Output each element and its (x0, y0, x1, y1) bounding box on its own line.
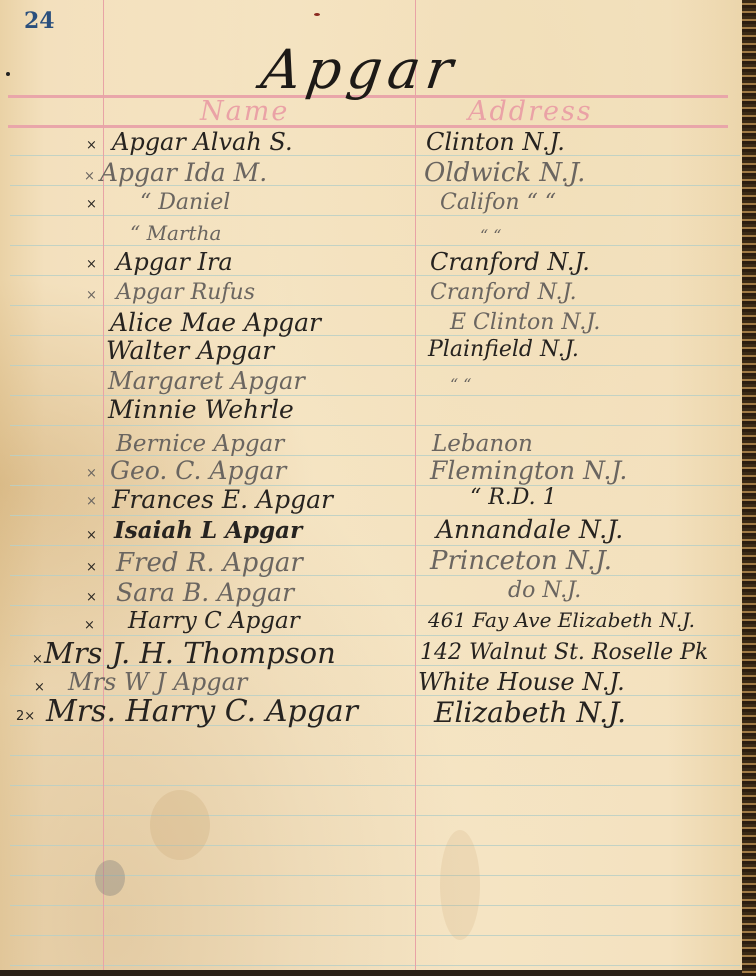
entry-address: Lebanon (432, 431, 533, 457)
entry-address: Cranford N.J. (430, 280, 577, 305)
ruled-line (10, 515, 740, 516)
ruled-line (10, 965, 740, 966)
ruled-line (10, 905, 740, 906)
entry-address: Annandale N.J. (436, 515, 623, 544)
entry-mark: × (86, 528, 97, 543)
ruled-line (10, 845, 740, 846)
ruled-line (10, 305, 740, 306)
entry-address: Clinton N.J. (426, 128, 565, 156)
entry-mark: × (86, 197, 97, 212)
entry-name: Minnie Wehrle (108, 395, 294, 424)
entry-address: “ R.D. 1 (470, 485, 557, 510)
entry-address: Oldwick N.J. (424, 158, 585, 188)
entry-name: “ Daniel (140, 190, 230, 215)
entry-address: “ “ (450, 375, 471, 394)
entry-name: Bernice Apgar (116, 431, 284, 457)
entry-address: Elizabeth N.J. (434, 696, 626, 729)
entry-address: do N.J. (508, 578, 581, 603)
ink-dot (6, 72, 10, 76)
water-stain (440, 830, 480, 940)
entry-name: Harry C Apgar (128, 608, 300, 634)
ink-blot (95, 860, 125, 896)
entry-address: Flemington N.J. (430, 456, 627, 485)
ruled-line (10, 935, 740, 936)
entry-name: Geo. C. Apgar (110, 456, 286, 485)
entry-mark: × (86, 494, 97, 509)
ink-mark (314, 13, 320, 16)
entry-mark: × (34, 680, 45, 695)
ledger-page: 24 Apgar Name Address × Apgar Alvah S. C… (0, 0, 742, 970)
entry-mark: × (86, 257, 97, 272)
ruled-line (10, 365, 740, 366)
entry-name: Apgar Ira (116, 248, 233, 276)
entry-mark: × (86, 138, 97, 153)
entry-address: Cranford N.J. (430, 248, 590, 276)
entry-name: Alice Mae Apgar (110, 308, 321, 337)
entry-mark: × (86, 466, 97, 481)
ruled-line (10, 245, 740, 246)
column-divider-line (415, 0, 416, 970)
address-column-header: Address (468, 96, 593, 127)
ruled-line (10, 215, 740, 216)
entry-name: Walter Apgar (106, 336, 274, 365)
ruled-line (10, 545, 740, 546)
entry-address: 461 Fay Ave Elizabeth N.J. (428, 608, 695, 632)
ruled-line (10, 755, 740, 756)
entry-address: “ “ (480, 226, 501, 245)
entry-name: Isaiah L Apgar (114, 517, 302, 544)
name-column-header: Name (200, 96, 289, 127)
entry-name: Mrs J. H. Thompson (44, 636, 336, 670)
entry-name: Margaret Apgar (108, 367, 305, 395)
entry-name: Mrs. Harry C. Apgar (46, 694, 358, 729)
entry-name: Apgar Rufus (116, 280, 255, 305)
water-stain (150, 790, 210, 860)
page-number: 24 (24, 8, 55, 34)
entry-name: Mrs W J Apgar (68, 668, 247, 696)
entry-address: 142 Walnut St. Roselle Pk (420, 640, 708, 665)
entry-name: Frances E. Apgar (112, 485, 333, 514)
entry-address: E Clinton N.J. (450, 310, 600, 335)
page-title: Apgar (258, 38, 463, 101)
entry-address: Plainfield N.J. (428, 337, 579, 362)
ruled-line (10, 815, 740, 816)
entry-name: Sara B. Apgar (116, 578, 294, 607)
entry-mark: × (86, 288, 97, 303)
entry-mark: × (84, 169, 95, 184)
ruled-line (10, 425, 740, 426)
ruled-line (10, 785, 740, 786)
entry-name: Apgar Alvah S. (112, 128, 293, 156)
entry-name: Apgar Ida M. (100, 158, 267, 187)
entry-mark: × (84, 618, 95, 633)
entry-mark: × (32, 652, 43, 667)
entry-address: Princeton N.J. (430, 546, 612, 576)
entry-mark: × (86, 560, 97, 575)
entry-address: White House N.J. (418, 668, 625, 696)
book-spine-edge (742, 0, 756, 976)
entry-name: Fred R. Apgar (116, 548, 303, 578)
left-margin-line (103, 0, 104, 970)
entry-name: “ Martha (130, 221, 221, 245)
entry-mark: 2× (16, 709, 35, 724)
entry-address: Califon “ “ (440, 190, 556, 215)
entry-mark: × (86, 590, 97, 605)
